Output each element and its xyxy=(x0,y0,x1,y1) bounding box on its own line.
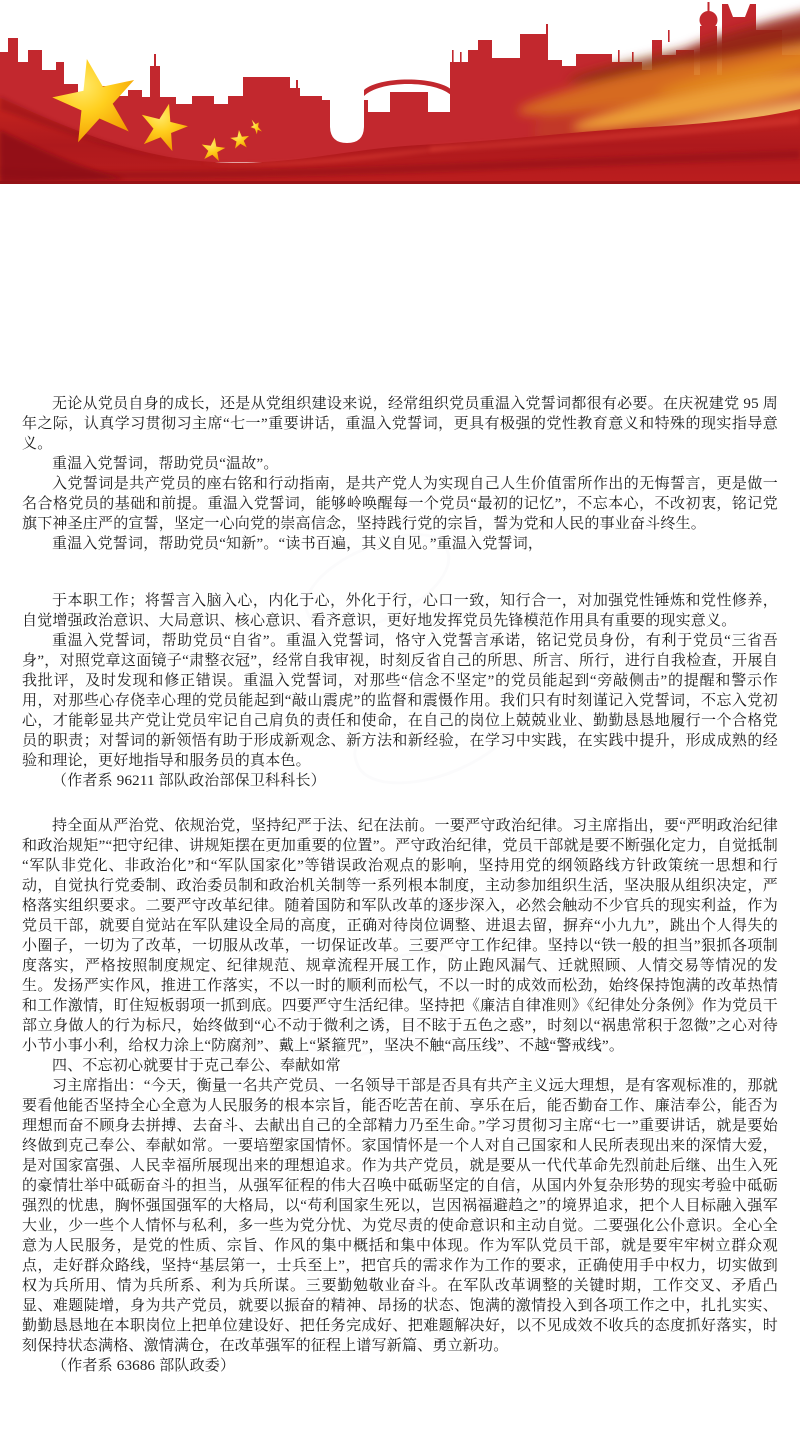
paragraph: 入党誓词是共产党员的座右铭和行动指南，是共产党人为实现自己人生价值雷所作出的无悔… xyxy=(22,474,778,534)
paragraph: 持全面从严治党、依规治党，坚持纪严于法、纪在法前。一要严守政治纪律。习主席指出，… xyxy=(22,816,778,1056)
subheading-paragraph: 四、不忘初心就要甘于克己奉公、奉献如常 xyxy=(22,1056,778,1076)
banner-graphic xyxy=(0,0,800,184)
article-body: 无论从党员自身的成长，还是从党组织建设来说，经常组织党员重温入党誓词都很有必要。… xyxy=(0,394,800,1376)
paragraph: 重温入党誓词，帮助党员“自省”。重温入党誓词，恪守入党誓言承诺，铭记党员身份，有… xyxy=(22,631,778,771)
paragraph-truncated: 重温入党誓词，帮助党员“知新”。“读书百遍，其义自见。”重温入党誓词， xyxy=(22,534,778,554)
paragraph-continuation: 于本职工作；将誓言入脑入心，内化于心，外化于行，心口一致，知行合一，对加强党性锤… xyxy=(22,591,778,631)
paragraph: 重温入党誓词，帮助党员“温故”。 xyxy=(22,454,778,474)
document-page: 无论从党员自身的成长，还是从党组织建设来说，经常组织党员重温入党誓词都很有必要。… xyxy=(0,0,800,1453)
paragraph: 无论从党员自身的成长，还是从党组织建设来说，经常组织党员重温入党誓词都很有必要。… xyxy=(22,394,778,454)
skyline-arch-gap xyxy=(330,98,364,143)
author-line: （作者系 63686 部队政委） xyxy=(22,1356,778,1376)
paragraph: 习主席指出：“今天，衡量一名共产党员、一名领导干部是否具有共产主义远大理想，是有… xyxy=(22,1076,778,1356)
author-line: （作者系 96211 部队政治部保卫科科长） xyxy=(22,771,778,791)
banner-image xyxy=(0,0,800,184)
